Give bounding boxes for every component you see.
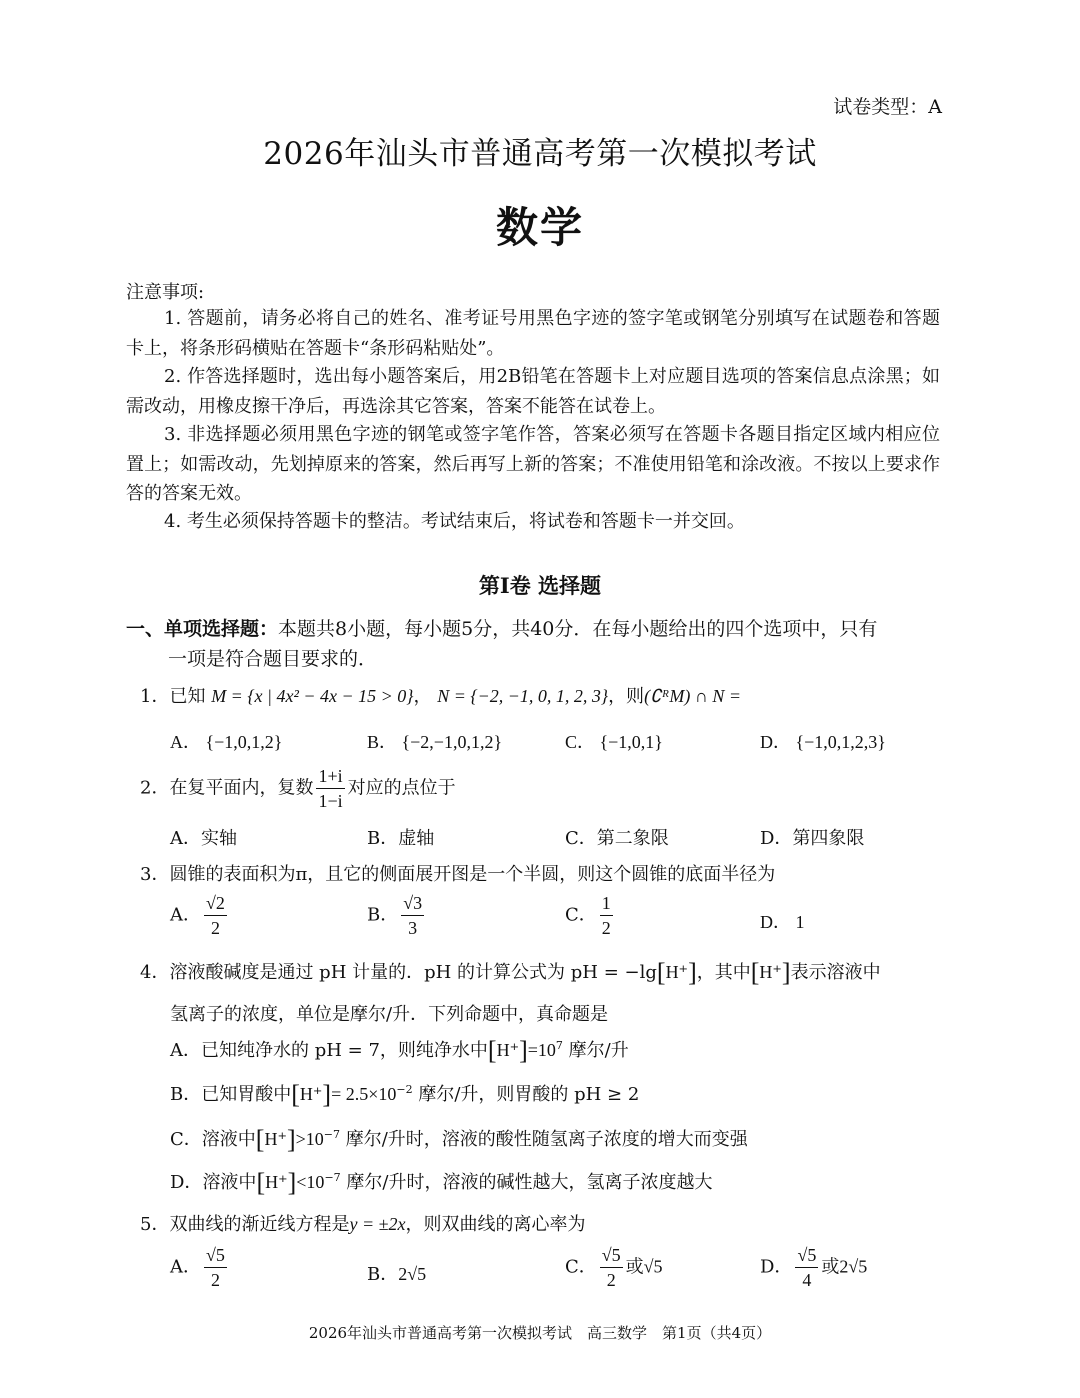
fraction: √22 (204, 893, 227, 938)
numerator: √5 (600, 1245, 623, 1268)
option-label: A． (170, 905, 201, 926)
option-text: {−1,0,1,2,3} (796, 732, 886, 752)
part-desc-2: 一项是符合题目要求的． (126, 644, 946, 674)
question-number: 4． (140, 962, 169, 983)
numerator: √2 (204, 893, 227, 916)
question-1: 1．已知 M = {x | 4x² − 4x − 15 > 0}， N = {−… (140, 682, 741, 708)
question-2: 2．在复平面内，复数1+i1−i对应的点位于 (140, 766, 456, 811)
question-4: 4．溶液酸碱度是通过 pH 计量的．pH 的计算公式为 pH = −lg[H⁺]… (140, 958, 881, 988)
numerator: 1 (600, 893, 613, 916)
hydrogen-ion: H⁺ (264, 1129, 287, 1149)
denominator: 2 (602, 916, 611, 938)
option-label: D． (760, 828, 792, 849)
or-connector: 或 (626, 1257, 644, 1278)
denominator: 1−i (318, 789, 342, 811)
option-text: {−2,−1,0,1,2} (402, 732, 503, 752)
numerator: √5 (795, 1245, 818, 1268)
option-text: 摩尔/升 (563, 1040, 629, 1061)
q5-option-d[interactable]: D．√54或2√5 (760, 1245, 867, 1290)
exam-title: 2026年汕头市普通高考第一次模拟考试 (0, 128, 1080, 173)
option-label: B． (367, 732, 397, 752)
notice-item-2: 2. 作答选择题时，选出每小题答案后，用2B铅笔在答题卡上对应题目选项的答案信息… (126, 362, 940, 421)
q1-option-c[interactable]: C． {−1,0,1} (565, 728, 663, 754)
numerator: √3 (401, 893, 424, 916)
q4-option-c[interactable]: C．溶液中[H⁺]>10−7 摩尔/升时，溶液的酸性随氢离子浓度的增大而变强 (170, 1125, 748, 1155)
option-text: 第二象限 (597, 828, 669, 849)
hydrogen-ion: H⁺ (666, 962, 689, 982)
denominator: 3 (408, 916, 417, 938)
option-math: <10 (296, 1172, 324, 1192)
question-stem: 圆锥的表面积为π，且它的侧面展开图是一个半圆，则这个圆锥的底面半径为 (169, 864, 775, 885)
part-heading: 一、单项选择题：本题共8小题，每小题5分，共40分．在每小题给出的四个选项中，只… (126, 614, 946, 674)
hydrogen-ion: H⁺ (497, 1040, 520, 1060)
option-label: B． (367, 905, 398, 926)
option-math: =10 (528, 1040, 556, 1060)
numerator: √5 (204, 1245, 227, 1268)
notice-item-4: 4. 考生必须保持答题卡的整洁。考试结束后，将试卷和答题卡一并交回。 (126, 507, 940, 537)
q5-option-b[interactable]: B．2√5 (367, 1260, 426, 1286)
q5-option-a[interactable]: A．√52 (170, 1245, 230, 1290)
option-text: 摩尔/升时，溶液的碱性越大，氢离子浓度越大 (341, 1172, 713, 1193)
option-text: 1 (796, 912, 805, 932)
option-text: {−1,0,1,2} (206, 732, 283, 752)
option-text: 已知胃酸中 (201, 1084, 291, 1105)
option-label: C． (565, 828, 597, 849)
q2-option-c[interactable]: C．第二象限 (565, 824, 669, 850)
q2-option-d[interactable]: D．第四象限 (760, 824, 864, 850)
q3-option-c[interactable]: C．12 (565, 893, 616, 938)
q5-option-c[interactable]: C．√52或√5 (565, 1245, 663, 1290)
option-text: {−1,0,1} (600, 732, 663, 752)
hydrogen-ion: H⁺ (300, 1084, 323, 1104)
option-text: 虚轴 (398, 828, 434, 849)
question-stem: 对应的点位于 (348, 778, 456, 799)
q1-option-a[interactable]: A． {−1,0,1,2} (170, 728, 282, 754)
question-4-line-2: 氢离子的浓度，单位是摩尔/升．下列命题中，真命题是 (170, 1000, 608, 1026)
option-label: A． (170, 828, 201, 849)
denominator: 2 (211, 916, 220, 938)
q2-option-b[interactable]: B．虚轴 (367, 824, 434, 850)
question-number: 2． (140, 778, 169, 799)
question-stem: 表示溶液中 (791, 962, 881, 983)
paper-type-label: 试卷类型：A (833, 92, 942, 119)
question-number: 1． (140, 686, 169, 707)
question-stem: ，其中 (697, 962, 751, 983)
or-connector: 或 (821, 1257, 839, 1278)
q3-option-d[interactable]: D． 1 (760, 908, 805, 934)
q3-option-b[interactable]: B．√33 (367, 893, 427, 938)
q2-option-a[interactable]: A．实轴 (170, 824, 237, 850)
option-label: A． (170, 732, 201, 752)
fraction: 12 (600, 893, 613, 938)
option-label: D． (760, 732, 791, 752)
question-stem: 在复平面内，复数 (169, 778, 313, 799)
option-label: B． (367, 1264, 398, 1285)
q1-option-d[interactable]: D． {−1,0,1,2,3} (760, 728, 886, 754)
question-number: 5． (140, 1214, 169, 1235)
fraction: √54 (795, 1245, 818, 1290)
hydrogen-ion: H⁺ (759, 962, 782, 982)
exponent: 7 (556, 1039, 563, 1052)
math-set-n: N = {−2, −1, 0, 1, 2, 3} (437, 686, 608, 706)
option-text: 摩尔/升，则胃酸的 pH ≥ 2 (413, 1084, 640, 1105)
part-desc-1: 本题共8小题，每小题5分，共40分．在每小题给出的四个选项中，只有 (278, 618, 877, 640)
part-label: 一、单项选择题： (126, 618, 278, 640)
option-label: C． (170, 1129, 202, 1150)
exponent: −2 (396, 1083, 412, 1096)
denominator: 4 (802, 1268, 811, 1290)
option-text: 第四象限 (792, 828, 864, 849)
option-text: 摩尔/升时，溶液的酸性随氢离子浓度的增大而变强 (340, 1129, 748, 1150)
option-math: = 2.5×10 (331, 1084, 396, 1104)
option-math: >10 (296, 1129, 324, 1149)
notice-item-3: 3. 非选择题必须用黑色字迹的钢笔或签字笔作答，答案必须写在答题卡各题目指定区域… (126, 420, 940, 509)
option-text: √5 (644, 1257, 663, 1277)
option-text: 溶液中 (202, 1129, 256, 1150)
math-set-m: M = {x | 4x² − 4x − 15 > 0} (211, 686, 413, 706)
fraction: √33 (401, 893, 424, 938)
question-stem: 双曲线的渐近线方程是 (169, 1214, 349, 1235)
notice-heading: 注意事项: (126, 278, 204, 304)
option-text: 溶液中 (202, 1172, 256, 1193)
fraction: √52 (204, 1245, 227, 1290)
question-stem: ，则 (608, 686, 644, 707)
denominator: 2 (607, 1268, 616, 1290)
option-text: 已知纯净水的 pH = 7，则纯净水中 (201, 1040, 488, 1061)
option-label: A． (170, 1040, 201, 1061)
option-label: D． (760, 1257, 792, 1278)
option-label: D． (170, 1172, 202, 1193)
question-5: 5．双曲线的渐近线方程是y = ±2x，则双曲线的离心率为 (140, 1210, 585, 1236)
fraction: √52 (600, 1245, 623, 1290)
fraction: 1+i1−i (316, 766, 344, 811)
question-stem: 溶液酸碱度是通过 pH 计量的．pH 的计算公式为 pH = −lg (169, 962, 656, 983)
numerator: 1+i (316, 766, 344, 789)
separator: ， (413, 686, 431, 707)
option-label: D． (760, 912, 791, 932)
question-stem: 已知 (169, 686, 205, 707)
q4-option-a[interactable]: A．已知纯净水的 pH = 7，则纯净水中[H⁺]=107 摩尔/升 (170, 1036, 629, 1066)
question-3: 3．圆锥的表面积为π，且它的侧面展开图是一个半圆，则这个圆锥的底面半径为 (140, 860, 775, 886)
exponent: −7 (324, 1171, 340, 1184)
question-stem: ，则双曲线的离心率为 (405, 1214, 585, 1235)
denominator: 2 (211, 1268, 220, 1290)
option-label: C． (565, 1257, 597, 1278)
hydrogen-ion: H⁺ (265, 1172, 288, 1192)
subject-title: 数学 (0, 195, 1080, 255)
question-number: 3． (140, 864, 169, 885)
q4-option-b[interactable]: B．已知胃酸中[H⁺]= 2.5×10−2 摩尔/升，则胃酸的 pH ≥ 2 (170, 1080, 639, 1110)
math-expression: y = ±2x (349, 1214, 405, 1234)
option-text: 2√5 (398, 1264, 426, 1284)
option-text: 实轴 (201, 828, 237, 849)
section-title: 第I卷 选择题 (0, 570, 1080, 600)
q1-option-b[interactable]: B． {−2,−1,0,1,2} (367, 728, 502, 754)
option-label: B． (367, 828, 398, 849)
q4-option-d[interactable]: D．溶液中[H⁺]<10−7 摩尔/升时，溶液的碱性越大，氢离子浓度越大 (170, 1168, 712, 1198)
notice-item-1: 1. 答题前，请务必将自己的姓名、准考证号用黑色字迹的签字笔或钢笔分别填写在试题… (126, 304, 940, 363)
option-label: C． (565, 905, 597, 926)
exponent: −7 (324, 1128, 340, 1141)
q3-option-a[interactable]: A．√22 (170, 893, 230, 938)
page-footer: 2026年汕头市普通高考第一次模拟考试 高三数学 第1页（共4页） (0, 1322, 1080, 1343)
option-text: 2√5 (839, 1257, 867, 1277)
math-expression: (∁ᴿM) ∩ N = (644, 686, 741, 706)
option-label: B． (170, 1084, 201, 1105)
option-label: C． (565, 732, 595, 752)
option-label: A． (170, 1257, 201, 1278)
